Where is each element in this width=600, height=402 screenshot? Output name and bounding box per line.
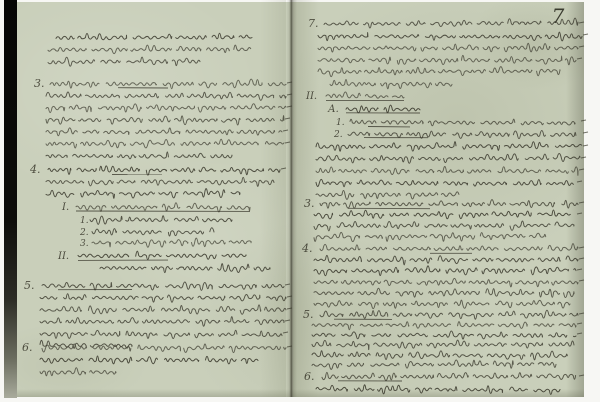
handwritten-line bbox=[318, 43, 578, 52]
handwritten-line bbox=[350, 119, 575, 126]
handwritten-line bbox=[78, 251, 246, 259]
handwritten-line bbox=[316, 166, 578, 175]
line-end-hyphen bbox=[285, 118, 290, 119]
handwritten-line bbox=[40, 294, 286, 303]
manuscript-item: II. bbox=[305, 91, 404, 102]
handwritten-line bbox=[318, 32, 582, 41]
handwritten-line bbox=[48, 166, 280, 175]
line-end-hyphen bbox=[577, 213, 582, 214]
scanned-manuscript: 3.4.I.1.2.3.II.5.6.7.II.А.1.2.3.4.5.6. 7 bbox=[0, 0, 600, 402]
handwritten-line bbox=[40, 330, 282, 338]
handwritten-line bbox=[314, 300, 570, 309]
handwritten-line bbox=[316, 142, 582, 152]
line-end-hyphen bbox=[581, 157, 586, 158]
handwritten-line bbox=[92, 238, 251, 247]
handwritten-line bbox=[330, 79, 452, 88]
line-end-hyphen bbox=[583, 132, 588, 133]
line-end-hyphen bbox=[287, 346, 292, 347]
handwritten-line bbox=[324, 18, 578, 28]
manuscript-item: 3. bbox=[80, 238, 251, 249]
handwritten-line bbox=[312, 351, 567, 360]
manuscript-item: 3. bbox=[304, 197, 584, 242]
manuscript-item: II. bbox=[57, 251, 246, 262]
item-marker: 4. bbox=[29, 163, 41, 176]
handwritten-line bbox=[312, 340, 574, 350]
handwritten-line bbox=[320, 310, 578, 319]
line-end-hyphen bbox=[577, 269, 582, 270]
handwritten-line bbox=[46, 128, 282, 136]
item-marker: 3. bbox=[34, 77, 45, 90]
manuscript-right-page: 7.II.А.1.2.3.4.5.6. bbox=[301, 17, 588, 394]
item-marker: II. bbox=[57, 251, 69, 262]
handwritten-line bbox=[312, 331, 576, 339]
handwritten-line bbox=[46, 116, 284, 125]
item-marker: 1. bbox=[80, 216, 89, 226]
line-end-hyphen bbox=[577, 181, 582, 182]
line-end-hyphen bbox=[579, 258, 584, 259]
handwritten-line bbox=[40, 305, 286, 314]
line-end-hyphen bbox=[583, 145, 588, 146]
line-end-hyphen bbox=[579, 375, 584, 376]
line-end-hyphen bbox=[285, 284, 290, 285]
manuscript-item: 4. bbox=[29, 163, 286, 198]
handwritten-line bbox=[314, 210, 570, 219]
manuscript-item: 4. bbox=[301, 242, 584, 309]
handwritten-line bbox=[48, 45, 251, 53]
handwritten-line bbox=[46, 152, 232, 159]
item-marker: II. bbox=[305, 91, 317, 102]
handwritten-line bbox=[314, 221, 574, 231]
handwritten-line bbox=[50, 79, 286, 89]
line-end-hyphen bbox=[577, 323, 582, 324]
line-end-hyphen bbox=[581, 120, 586, 121]
line-end-hyphen bbox=[287, 94, 292, 95]
item-marker: 5. bbox=[303, 308, 314, 321]
item-marker: 6. bbox=[304, 370, 315, 383]
handwritten-line bbox=[40, 356, 258, 364]
line-end-hyphen bbox=[285, 142, 290, 143]
item-marker: I. bbox=[61, 202, 69, 213]
manuscript-item: 5. bbox=[303, 308, 584, 369]
handwritten-line bbox=[40, 317, 284, 327]
line-end-hyphen bbox=[283, 332, 288, 333]
line-end-hyphen bbox=[579, 202, 584, 203]
line-end-hyphen bbox=[579, 169, 584, 170]
handwritten-line bbox=[76, 203, 250, 212]
manuscript-item: 3. bbox=[34, 77, 292, 159]
manuscript-item bbox=[100, 264, 270, 273]
line-end-hyphen bbox=[287, 82, 292, 83]
handwritten-line bbox=[346, 105, 420, 113]
handwritten-line bbox=[314, 288, 574, 297]
page-number: 7 bbox=[543, 4, 573, 28]
item-marker: 7. bbox=[308, 17, 319, 30]
handwritten-line bbox=[314, 232, 546, 241]
handwritten-line bbox=[316, 179, 573, 186]
line-end-hyphen bbox=[579, 280, 584, 281]
handwritten-line bbox=[48, 57, 200, 66]
handwritten-line bbox=[100, 264, 270, 273]
handwritten-line bbox=[314, 278, 578, 286]
handwritten-line bbox=[90, 216, 232, 225]
item-marker: 4. bbox=[301, 242, 313, 255]
manuscript-item: 1. bbox=[80, 216, 232, 226]
handwritten-line bbox=[322, 372, 576, 380]
item-marker: 3. bbox=[304, 197, 315, 210]
manuscript-item: 2. bbox=[316, 130, 588, 199]
manuscript-item: 6. bbox=[22, 341, 292, 376]
line-end-hyphen bbox=[287, 296, 292, 297]
handwritten-line bbox=[312, 322, 576, 330]
line-end-hyphen bbox=[579, 247, 584, 248]
handwritten-line bbox=[316, 191, 459, 200]
handwritten-line bbox=[56, 33, 252, 39]
handwritten-line bbox=[40, 368, 116, 376]
line-end-hyphen bbox=[583, 34, 588, 35]
handwritten-line bbox=[46, 92, 286, 100]
handwritten-line bbox=[46, 177, 274, 186]
manuscript-item: 2. bbox=[79, 228, 214, 238]
item-marker: 2. bbox=[333, 130, 343, 140]
line-end-hyphen bbox=[577, 333, 582, 334]
item-marker: 2. bbox=[79, 228, 89, 238]
item-marker: 1. bbox=[336, 118, 345, 128]
line-end-hyphen bbox=[579, 22, 584, 23]
handwritten-line bbox=[46, 139, 284, 148]
line-end-hyphen bbox=[287, 308, 292, 309]
line-end-hyphen bbox=[283, 130, 288, 131]
manuscript-item: 1. bbox=[336, 118, 586, 128]
manuscript-item: I. bbox=[61, 202, 250, 213]
handwritten-line bbox=[316, 154, 580, 164]
handwritten-line bbox=[92, 228, 214, 236]
handwritten-line bbox=[318, 67, 560, 77]
manuscript-item: А. bbox=[327, 104, 420, 115]
handwritten-line bbox=[46, 189, 240, 199]
line-end-hyphen bbox=[577, 58, 582, 59]
line-end-hyphen bbox=[579, 46, 584, 47]
handwritten-line bbox=[326, 92, 404, 98]
line-end-hyphen bbox=[287, 106, 292, 107]
line-end-hyphen bbox=[579, 313, 584, 314]
manuscript-item: 5. bbox=[24, 279, 292, 348]
manuscript-item: 6. bbox=[304, 370, 584, 394]
handwritten-line bbox=[42, 282, 284, 290]
item-marker: А. bbox=[327, 104, 339, 115]
handwritten-line bbox=[46, 104, 286, 113]
handwritten-line bbox=[314, 266, 576, 276]
manuscript-item bbox=[48, 33, 252, 66]
line-end-hyphen bbox=[285, 320, 290, 321]
manuscript-left-page: 3.4.I.1.2.3.II.5.6. bbox=[22, 33, 292, 375]
item-marker: 6. bbox=[22, 341, 33, 354]
handwritten-line bbox=[318, 55, 576, 64]
handwritten-line bbox=[312, 360, 556, 369]
item-marker: 5. bbox=[24, 279, 35, 292]
handwriting-ink-layer: 3.4.I.1.2.3.II.5.6.7.II.А.1.2.3.4.5.6. bbox=[0, 0, 600, 402]
handwritten-line bbox=[316, 385, 560, 395]
handwritten-line bbox=[320, 244, 578, 251]
handwritten-line bbox=[320, 200, 578, 209]
handwritten-line bbox=[314, 255, 578, 264]
item-marker: 3. bbox=[80, 239, 89, 249]
line-end-hyphen bbox=[281, 168, 286, 169]
